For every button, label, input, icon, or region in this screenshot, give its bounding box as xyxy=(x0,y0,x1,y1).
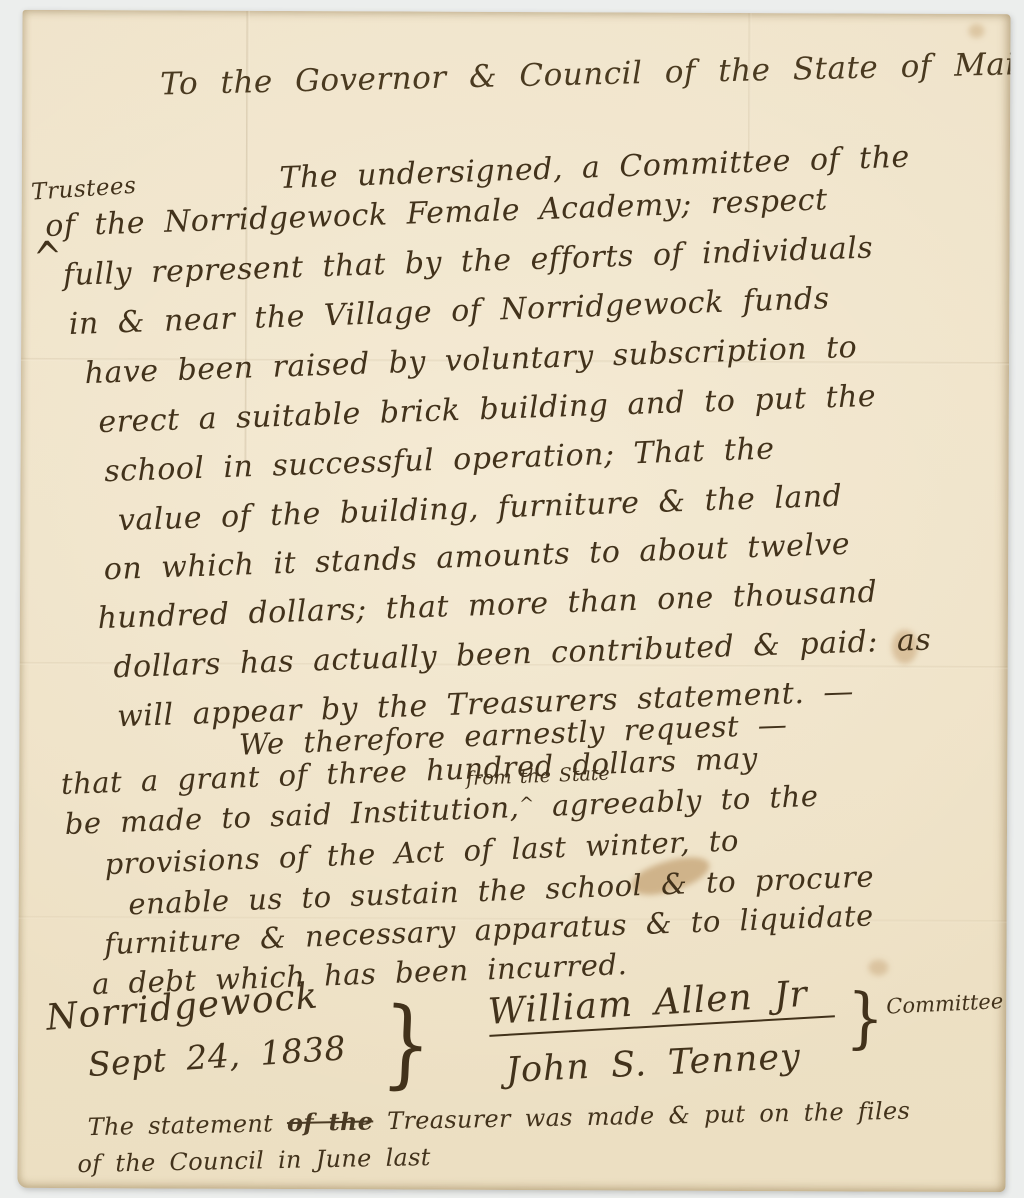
signature-brace: } xyxy=(845,979,886,1058)
signature-block: William Allen Jr John S. Tenney } Commit… xyxy=(488,992,835,1093)
body-paragraph-2: We therefore earnestly request — that a … xyxy=(32,726,993,1010)
insertion-text: from the State xyxy=(465,756,610,797)
paper-stain xyxy=(968,24,984,38)
letter-sheet: To the Governor & Council of the State o… xyxy=(17,10,1010,1192)
docket-text-post: Treasurer was made & put on the files xyxy=(373,1097,910,1136)
dateline-block: Norridgewock Sept 24, 1838 } xyxy=(46,998,347,1085)
docket-note: The statement of the Treasurer was made … xyxy=(87,1108,910,1187)
scan-background: To the Governor & Council of the State o… xyxy=(0,0,1024,1198)
signature-role-label: Committee xyxy=(886,989,1004,1019)
interline-insertion: ^from the State xyxy=(519,806,533,817)
docket-text-pre: The statement xyxy=(87,1109,287,1141)
body-paragraph-1: The undersigned, a Committee of the of t… xyxy=(33,156,996,748)
salutation-line: To the Governor & Council of the State o… xyxy=(160,45,1011,102)
docket-overwritten-words: of the xyxy=(287,1106,374,1137)
dateline-brace: } xyxy=(380,986,434,1101)
signature-name: John S. Tenney xyxy=(505,1035,835,1091)
dateline-date: Sept 24, 1838 xyxy=(87,1028,347,1084)
